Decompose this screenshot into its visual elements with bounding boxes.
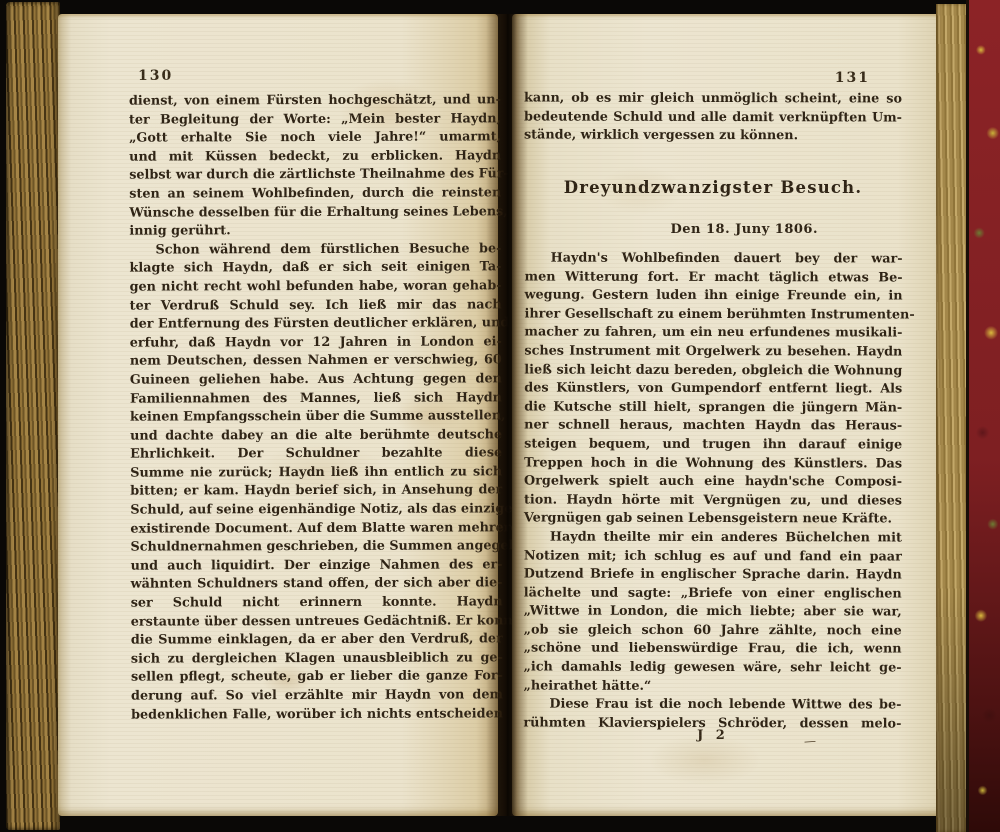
text-line: innig gerührt.	[129, 222, 501, 242]
text-line: und dachte dabey an die alte berühmte de…	[130, 426, 502, 446]
text-line: ter Verdruß Schuld sey. Ich ließ mir das…	[130, 296, 502, 316]
text-line: stände, wirklich vergessen zu können.	[524, 127, 902, 147]
right-page: 131 kann, ob es mir gleich unmöglich sch…	[512, 14, 940, 816]
text-line: tion. Haydn hörte mit Vergnügen zu, und …	[524, 491, 902, 511]
text-line: Haydn's Wohlbefinden dauert bey der war-	[525, 250, 903, 270]
right-page-intro-text: kann, ob es mir gleich unmöglich scheint…	[524, 90, 902, 147]
left-page-text: dienst, von einem Fürsten hochgeschätzt,…	[129, 91, 503, 724]
text-line: Schuldnernahmen geschrieben, die Summen …	[130, 538, 502, 558]
text-line: existirende Document. Auf dem Blatte war…	[130, 519, 502, 539]
text-line: klagte sich Haydn, daß er sich seit eini…	[129, 259, 501, 279]
left-page-number: 130	[138, 68, 173, 84]
text-line: und auch liquidirt. Der einzige Nahmen d…	[131, 556, 503, 576]
pen-mark: —	[804, 734, 816, 749]
text-line: ter Begleitung der Worte: „Mein bester H…	[129, 110, 501, 130]
text-line: wähnten Schuldners stand offen, der sich…	[131, 575, 503, 595]
right-page-body-text: Haydn's Wohlbefinden dauert bey der war-…	[523, 250, 902, 734]
text-line: gen nicht recht wohl befunden habe, wora…	[130, 277, 502, 297]
signature-mark: J 2	[524, 728, 902, 743]
text-line: sich zu dergleichen Klagen unausbleiblic…	[131, 649, 503, 669]
text-line: Notizen mit; ich schlug es auf und fand …	[524, 547, 902, 567]
text-line: die Summe einklagen, da er aber den Verd…	[131, 631, 503, 651]
text-line: und mit Küssen bedeckt, zu erblicken. Ha…	[129, 147, 501, 167]
text-line: dienst, von einem Fürsten hochgeschätzt,…	[129, 91, 501, 111]
visit-date-line: Den 18. Juny 1806.	[524, 222, 818, 237]
right-page-number: 131	[835, 70, 870, 86]
text-line: sches Instrument mit Orgelwerk zu besehe…	[524, 342, 902, 362]
text-line: des Künstlers, von Gumpendorf entfernt l…	[524, 380, 902, 400]
text-line: „ob sie gleich schon 60 Jahre zählte, no…	[524, 621, 902, 641]
text-line: erfuhr, daß Haydn vor 12 Jahren in Londo…	[130, 333, 502, 353]
text-line: Diese Frau ist die noch lebende Wittwe d…	[523, 696, 901, 716]
text-line: Dutzend Briefe in englischer Sprache dar…	[524, 566, 902, 586]
text-line: die Kutsche still hielt, sprangen die jü…	[524, 398, 902, 418]
book-fore-edge-left	[6, 2, 60, 830]
text-line: „heirathet hätte.“	[523, 677, 901, 697]
text-line: Guineen geliehen habe. Aus Achtung gegen…	[130, 370, 502, 390]
text-line: lächelte und sagte: „Briefe von einer en…	[524, 584, 902, 604]
text-line: Familiennahmen des Mannes, ließ sich Hay…	[130, 389, 502, 409]
book-scan: 130 dienst, von einem Fürsten hochgeschä…	[0, 0, 1000, 832]
text-line: Schuld, auf seine eigenhändige Notiz, al…	[130, 500, 502, 520]
text-line: men Witterung fort. Er macht täglich etw…	[525, 268, 903, 288]
text-line: „schöne und liebenswürdige Frau, die ich…	[524, 640, 902, 660]
text-line: selbst war durch die zärtlichste Theilna…	[129, 166, 501, 186]
text-line: nem Deutschen, dessen Nahmen er verschwi…	[130, 352, 502, 372]
text-line: steigen bequem, und trugen ihn darauf ei…	[524, 435, 902, 455]
text-line: Schon während dem fürstlichen Besuche be…	[129, 240, 501, 260]
text-line: sten an seinem Wohlbefinden, durch die r…	[129, 184, 501, 204]
text-line: Summe nie zurück; Haydn ließ ihn entlich…	[130, 463, 502, 483]
text-line: „ich damahls ledig gewesen wäre, sehr le…	[524, 659, 902, 679]
text-line: ner schnell heraus, machten Haydn das He…	[524, 417, 902, 437]
text-line: Haydn theilte mir ein anderes Büchelchen…	[524, 528, 902, 548]
text-line: erstaunte über dessen untreues Gedächtni…	[131, 612, 503, 632]
chapter-heading: Dreyundzwanzigster Besuch.	[524, 178, 902, 197]
text-line: kann, ob es mir gleich unmöglich scheint…	[524, 90, 902, 110]
text-line: derung auf. So viel erzählte mir Haydn v…	[131, 686, 503, 706]
text-line: bitten; er kam. Haydn berief sich, in An…	[130, 482, 502, 502]
marbled-cover-edge	[966, 0, 1000, 832]
left-page: 130 dienst, von einem Fürsten hochgeschä…	[58, 14, 498, 816]
text-line: macher zu fahren, um ein neu erfundenes …	[524, 324, 902, 344]
text-line: ihrer Gesellschaft zu einem berühmten In…	[524, 305, 902, 325]
text-line: „Wittwe in London, die mich liebte; aber…	[524, 603, 902, 623]
text-line: sellen pflegt, scheute, gab er lieber di…	[131, 668, 503, 688]
text-line: der Entfernung des Fürsten deutlicher er…	[130, 314, 502, 334]
text-line: „Gott erhalte Sie noch viele Jahre!“ uma…	[129, 129, 501, 149]
text-line: ließ sich leicht dazu bereden, obgleich …	[524, 361, 902, 381]
text-line: Wünsche desselben für die Erhaltung sein…	[129, 203, 501, 223]
text-line: ser Schuld nicht erinnern konnte. Haydn	[131, 593, 503, 613]
text-line: wegung. Gestern luden ihn einige Freunde…	[524, 287, 902, 307]
text-line: keinen Empfangsschein über die Summe aus…	[130, 407, 502, 427]
text-line: Ehrlichkeit. Der Schuldner bezahlte dies…	[130, 445, 502, 465]
text-line: Orgelwerk spielt auch eine haydn'sche Co…	[524, 473, 902, 493]
text-line: Treppen hoch in die Wohnung des Künstler…	[524, 454, 902, 474]
text-line: bedeutende Schuld und alle damit verknüp…	[524, 108, 902, 128]
page-block-edge-right	[936, 4, 968, 832]
text-line: bedenklichen Falle, worüber ich nichts e…	[131, 705, 503, 725]
text-line: Vergnügen gab seinen Lebensgeistern neue…	[524, 510, 902, 530]
